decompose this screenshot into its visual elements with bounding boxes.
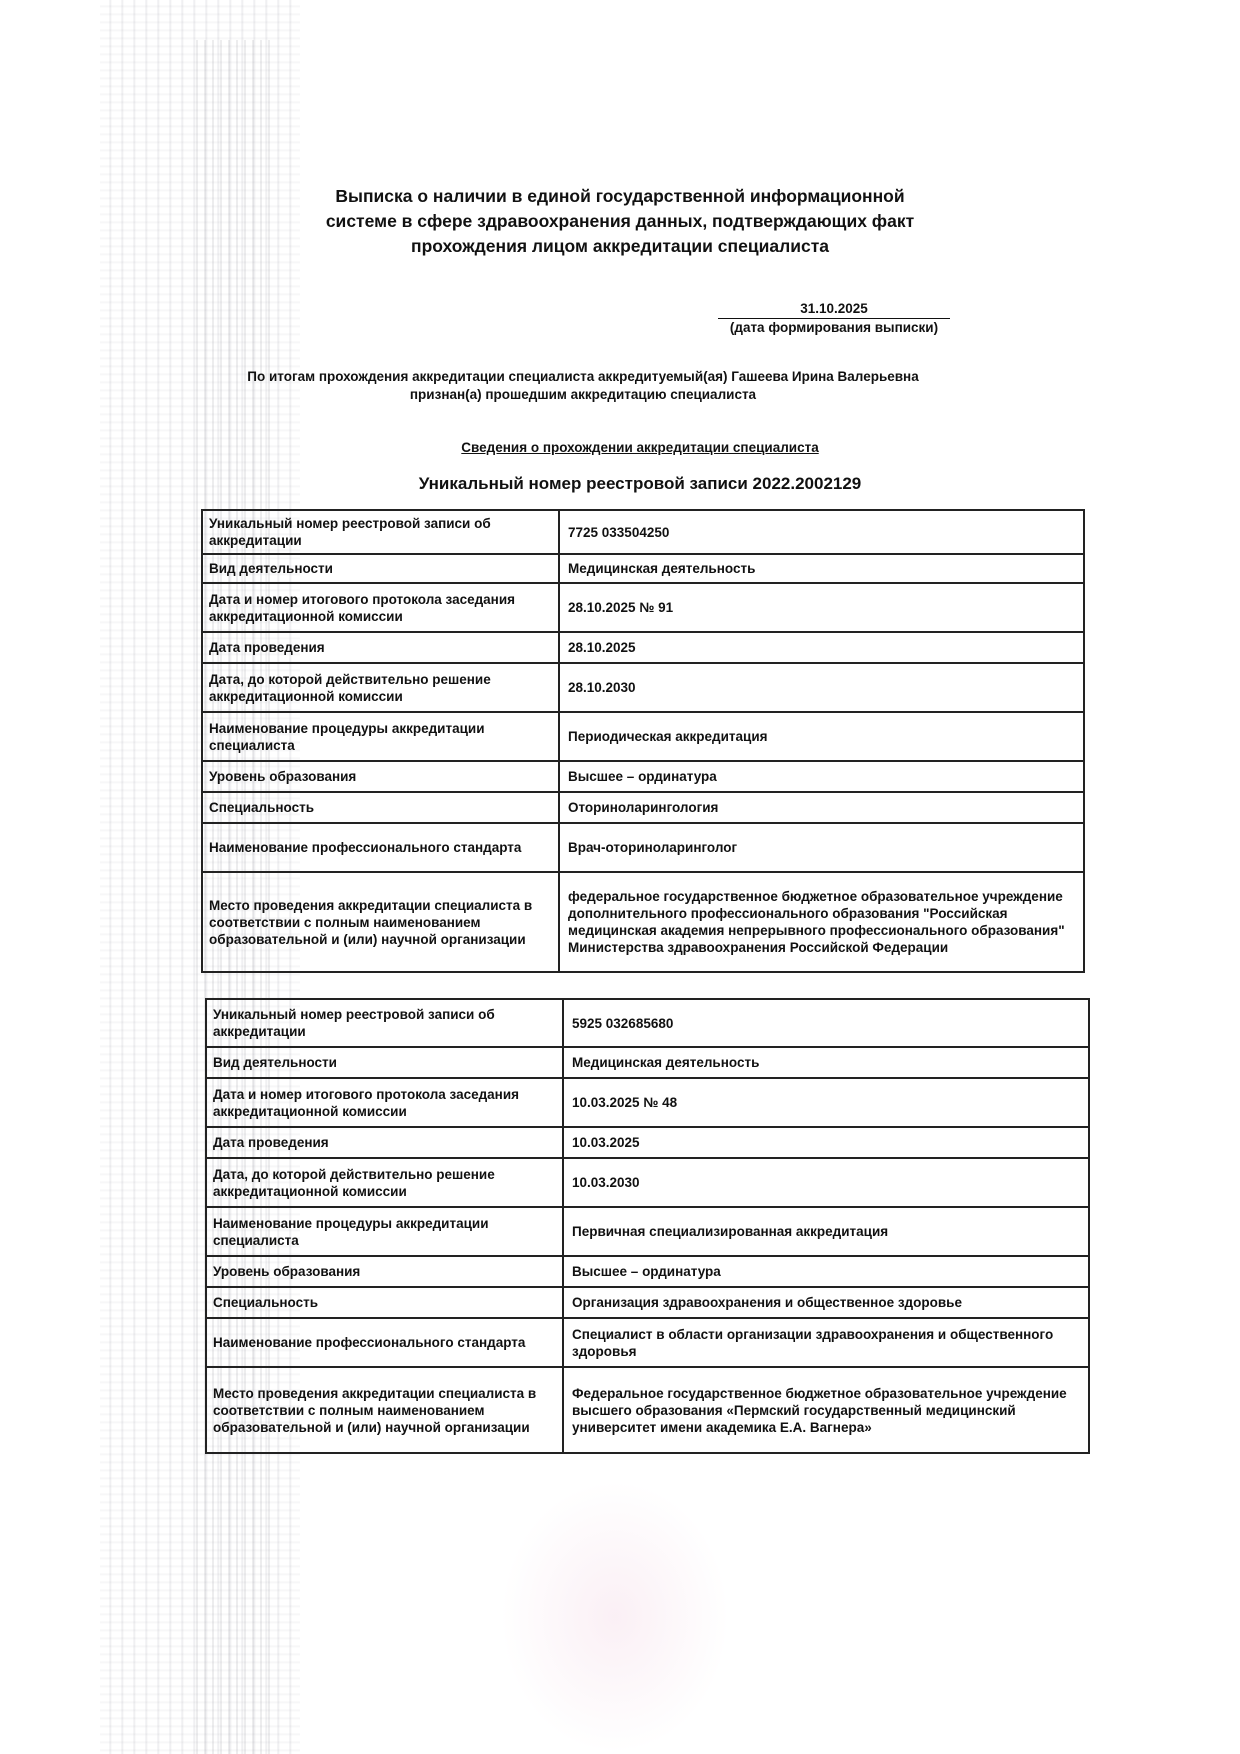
row-value: 28.10.2025 № 91 [559,583,1084,632]
title-line-1: Выписка о наличии в единой государственн… [300,184,940,209]
row-value: 10.03.2025 [563,1127,1089,1158]
table-row: Наименование процедуры аккредитации спец… [206,1207,1089,1256]
row-value: Периодическая аккредитация [559,712,1084,761]
table-row: Уникальный номер реестровой записи об ак… [202,510,1084,554]
intro-paragraph: По итогам прохождения аккредитации специ… [208,368,958,404]
intro-line-1: По итогам прохождения аккредитации специ… [208,368,958,386]
table-row: Уровень образованияВысшее – ординатура [206,1256,1089,1287]
accreditation-table-2: Уникальный номер реестровой записи об ак… [205,998,1090,1454]
document-title: Выписка о наличии в единой государственн… [300,184,940,259]
table-row: Дата и номер итогового протокола заседан… [206,1078,1089,1127]
row-value: Первичная специализированная аккредитаци… [563,1207,1089,1256]
row-label: Наименование профессионального стандарта [202,823,559,872]
row-label: Дата проведения [202,632,559,663]
row-label: Дата, до которой действительно решение а… [202,663,559,712]
title-line-3: прохождения лицом аккредитации специалис… [300,234,940,259]
row-value: Медицинская деятельность [563,1047,1089,1078]
row-label: Дата и номер итогового протокола заседан… [206,1078,563,1127]
row-label: Место проведения аккредитации специалист… [202,872,559,972]
row-value: Врач-оториноларинголог [559,823,1084,872]
row-label: Дата и номер итогового протокола заседан… [202,583,559,632]
row-label: Место проведения аккредитации специалист… [206,1367,563,1453]
row-label: Наименование процедуры аккредитации спец… [206,1207,563,1256]
stamp-smudge [500,1480,730,1754]
row-value: Оториноларингология [559,792,1084,823]
table-row: Наименование профессионального стандарта… [206,1318,1089,1367]
row-value: Федеральное государственное бюджетное об… [563,1367,1089,1453]
table-row: Дата, до которой действительно решение а… [202,663,1084,712]
row-label: Дата проведения [206,1127,563,1158]
table-row: Дата, до которой действительно решение а… [206,1158,1089,1207]
date-block: 31.10.2025 (дата формирования выписки) [718,300,950,337]
table-row: СпециальностьОториноларингология [202,792,1084,823]
row-value: Организация здравоохранения и общественн… [563,1287,1089,1318]
row-label: Вид деятельности [202,554,559,583]
row-label: Уровень образования [202,761,559,792]
table-row: Вид деятельностиМедицинская деятельность [202,554,1084,583]
row-value: Специалист в области организации здравоо… [563,1318,1089,1367]
row-value: Медицинская деятельность [559,554,1084,583]
table-row: Дата проведения10.03.2025 [206,1127,1089,1158]
row-value: Высшее – ординатура [563,1256,1089,1287]
row-label: Уровень образования [206,1256,563,1287]
row-label: Уникальный номер реестровой записи об ак… [202,510,559,554]
issue-date-caption: (дата формирования выписки) [718,319,950,337]
table-row: Вид деятельностиМедицинская деятельность [206,1047,1089,1078]
table-row: Уровень образованияВысшее – ординатура [202,761,1084,792]
registry-number-heading: Уникальный номер реестровой записи 2022.… [360,474,920,494]
row-value: Высшее – ординатура [559,761,1084,792]
row-value: 28.10.2025 [559,632,1084,663]
intro-line-2: признан(а) прошедшим аккредитацию специа… [208,386,958,404]
table-row: СпециальностьОрганизация здравоохранения… [206,1287,1089,1318]
row-label: Дата, до которой действительно решение а… [206,1158,563,1207]
table-row: Наименование профессионального стандарта… [202,823,1084,872]
table-row: Дата проведения28.10.2025 [202,632,1084,663]
table-row: Уникальный номер реестровой записи об ак… [206,999,1089,1047]
row-label: Наименование профессионального стандарта [206,1318,563,1367]
row-value: 7725 033504250 [559,510,1084,554]
row-value: 10.03.2030 [563,1158,1089,1207]
row-label: Специальность [206,1287,563,1318]
row-label: Специальность [202,792,559,823]
row-label: Уникальный номер реестровой записи об ак… [206,999,563,1047]
row-value: 10.03.2025 № 48 [563,1078,1089,1127]
table-row: Наименование процедуры аккредитации спец… [202,712,1084,761]
row-label: Вид деятельности [206,1047,563,1078]
row-label: Наименование процедуры аккредитации спец… [202,712,559,761]
title-line-2: системе в сфере здравоохранения данных, … [300,209,940,234]
table-row: Место проведения аккредитации специалист… [206,1367,1089,1453]
row-value: 28.10.2030 [559,663,1084,712]
row-value: федеральное государственное бюджетное об… [559,872,1084,972]
accreditation-table-1: Уникальный номер реестровой записи об ак… [201,509,1085,973]
table-row: Дата и номер итогового протокола заседан… [202,583,1084,632]
issue-date: 31.10.2025 [718,300,950,319]
table-row: Место проведения аккредитации специалист… [202,872,1084,972]
section-heading: Сведения о прохождении аккредитации спец… [400,440,880,455]
row-value: 5925 032685680 [563,999,1089,1047]
